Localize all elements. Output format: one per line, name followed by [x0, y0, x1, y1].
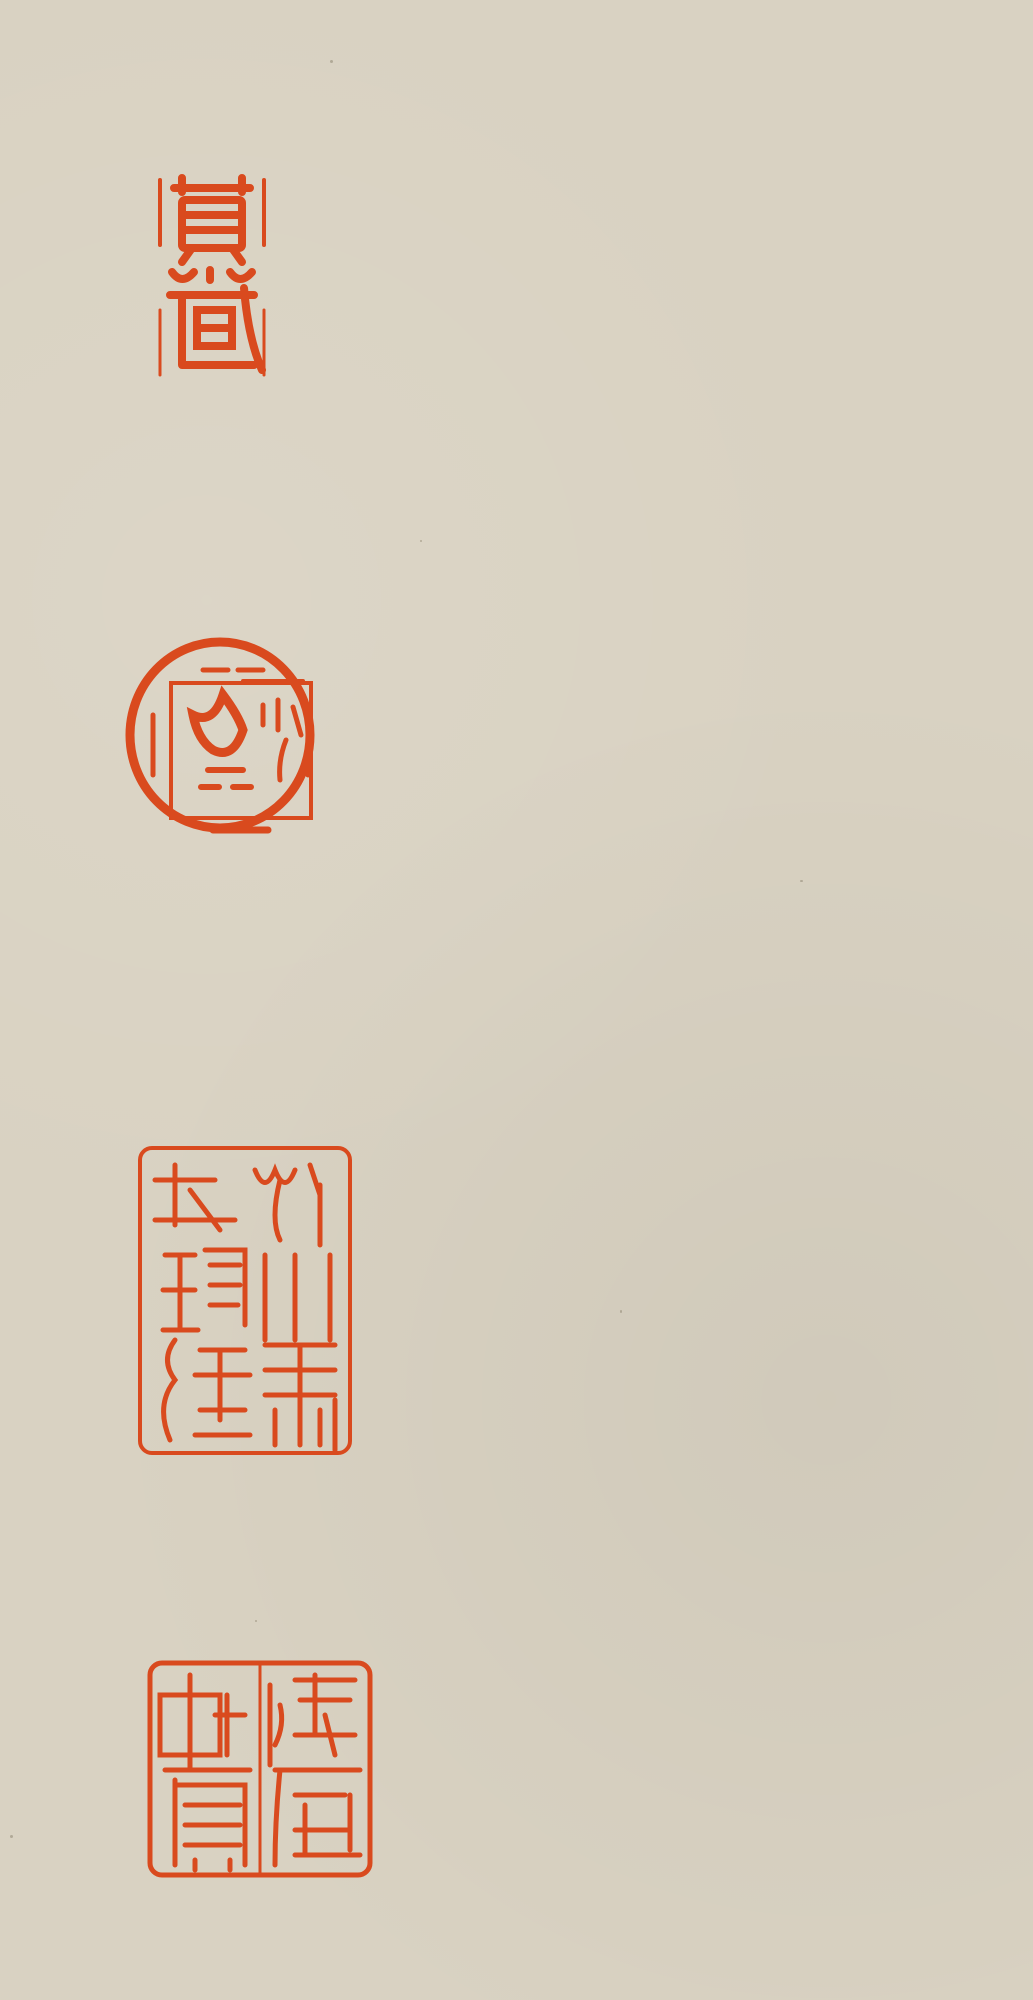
paper-speck [255, 1620, 257, 1622]
seal-baocang: 寶藏 [152, 170, 272, 385]
seal-round: 少石 [123, 635, 318, 835]
paper-speck [620, 1310, 622, 1313]
paper-speck [330, 60, 333, 63]
seal-collector-square: 漢廬中寶 [145, 1655, 375, 1880]
paper-speck [10, 1835, 13, 1838]
seal-collector-rect: 秋水氏珍藏 [135, 1140, 355, 1460]
paper-speck [800, 880, 803, 882]
paper-speck [420, 540, 422, 542]
